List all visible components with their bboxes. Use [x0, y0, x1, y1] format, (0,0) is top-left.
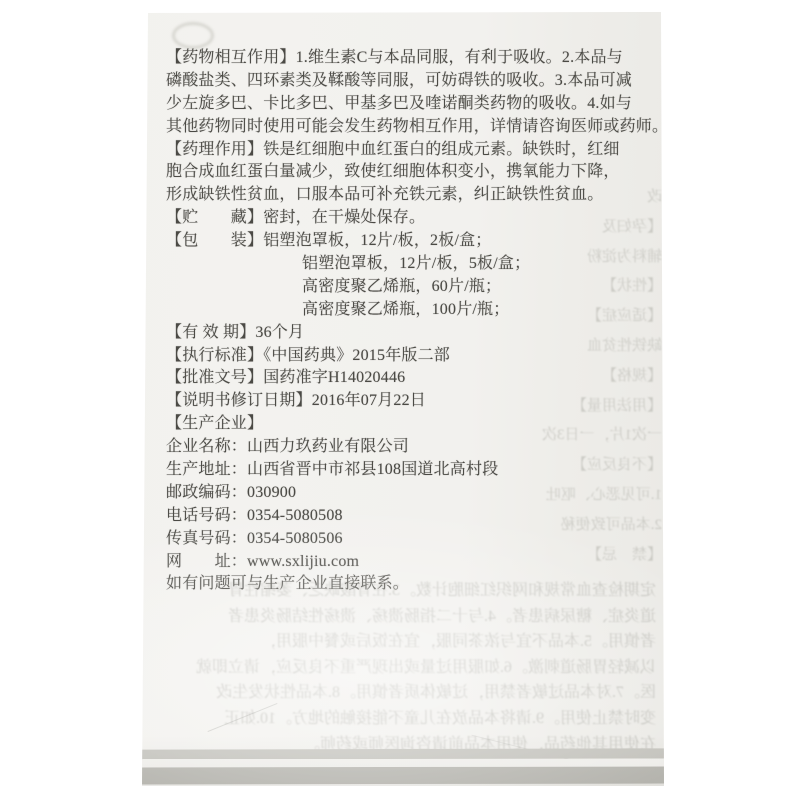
showthrough-fragment: 改: [538, 183, 662, 213]
fold-shadow-band-lower: [140, 767, 666, 785]
insert-line: 其他药物同时使用可能会发生药物相互作用，详情请咨询医师或药师。: [166, 116, 666, 139]
showthrough-text-block: 定期检查血常规和网织红细胞计数。3.在胃酸缺乏、萎缩性胃 道炎症、糖尿病患者。4…: [150, 578, 656, 757]
showthrough-fragment: 辅料为淀粉: [538, 243, 662, 273]
showthrough-fragment: 【用法用量】: [538, 392, 662, 422]
showthrough-line: 者慎用。5.本品不宜与浓茶同服，宜在饭后或餐中服用，: [150, 629, 656, 655]
photo-canvas: 【药物相互作用】1.维生素C与本品同服，有利于吸收。2.本品与 磷酸盐类、四环素…: [0, 0, 800, 800]
showthrough-fragment: 【孕妇及: [538, 213, 662, 243]
insert-line: 胞合成血红蛋白量减少，致使红细胞体积变小，携氧能力下降，: [166, 161, 666, 184]
showthrough-line: 定期检查血常规和网织红细胞计数。3.在胃酸缺乏、萎缩性胃: [150, 578, 656, 604]
showthrough-fragment: 【不良反应】: [538, 451, 662, 481]
showthrough-fragment: 【适应症】: [538, 302, 662, 332]
showthrough-fragment: 【规格】: [538, 362, 662, 392]
showthrough-fragment: 缺铁性贫血: [538, 332, 662, 362]
insert-line: 磷酸盐类、四环素类及鞣酸等同服，可妨碍铁的吸收。3.本品可减: [166, 70, 666, 93]
showthrough-fragment: 【性状】: [538, 272, 662, 302]
showthrough-line: 道炎症、糖尿病患者。4.与十二指肠溃疡、溃疡性结肠炎患者: [150, 604, 656, 630]
showthrough-fragment: 【禁 忌】: [538, 541, 662, 571]
showthrough-fragment: 1.可见恶心、呕吐: [538, 481, 662, 511]
showthrough-line: 医。7.对本品过敏者禁用，过敏体质者慎用。8.本品性状发生改: [150, 680, 656, 706]
showthrough-line: 变时禁止使用。9.请将本品放在儿童不能接触的地方。10.如正: [150, 706, 656, 732]
showthrough-fragment: 一次1片，一日3次: [538, 421, 662, 451]
showthrough-fragment: 2.本品可致便秘: [538, 511, 662, 541]
leaflet-paper: 【药物相互作用】1.维生素C与本品同服，有利于吸收。2.本品与 磷酸盐类、四环素…: [0, 0, 800, 800]
seal-show-through-mark: [172, 22, 214, 49]
showthrough-line: 以减轻胃肠道刺激。6.如服用过量或出现严重不良反应，请立即就: [150, 655, 656, 681]
insert-line: 少左旋多巴、卡比多巴、甲基多巴及喹诺酮类药物的吸收。4.如与: [166, 93, 666, 116]
showthrough-edge-column: 改 【孕妇及 辅料为淀粉 【性状】 【适应症】 缺铁性贫血 【规格】 【用法用量…: [538, 183, 662, 570]
fold-shadow-band-upper: [140, 748, 666, 759]
insert-line-drug-interactions: 【药物相互作用】1.维生素C与本品同服，有利于吸收。2.本品与: [166, 47, 666, 70]
insert-line-pharmacology: 【药理作用】铁是红细胞中血红蛋白的组成元素。缺铁时，红细: [166, 139, 666, 162]
